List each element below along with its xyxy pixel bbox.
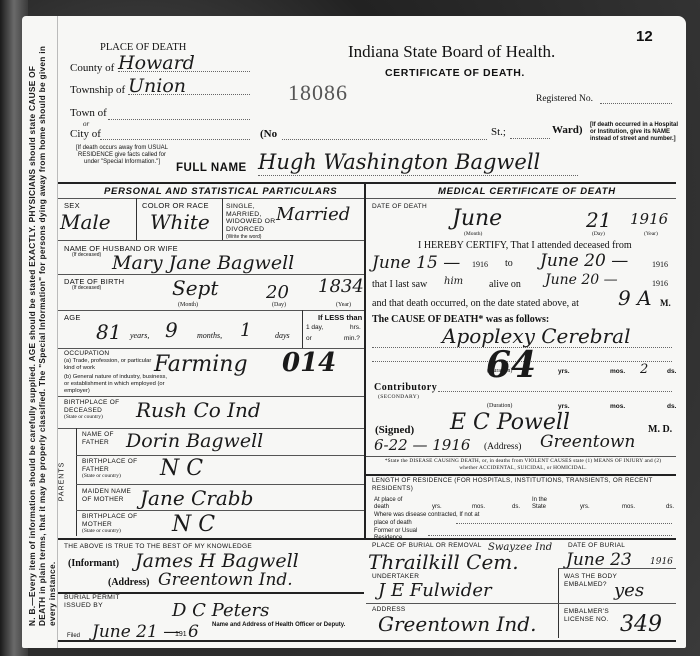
age-days-field[interactable]: 1 bbox=[240, 320, 251, 341]
at-place-yrs-label: yrs. bbox=[432, 504, 442, 510]
city-field[interactable] bbox=[100, 132, 250, 140]
street-label: St.; bbox=[491, 126, 506, 138]
instructions-margin: N. B.—Every item of information should b… bbox=[22, 16, 58, 648]
mother-name-field[interactable]: Jane Crabb bbox=[140, 486, 253, 510]
board-title: Indiana State Board of Health. bbox=[348, 42, 555, 62]
md-label: M. D. bbox=[648, 424, 672, 435]
informant-address-label: (Address) bbox=[108, 577, 149, 588]
alive-on-label: alive on bbox=[489, 279, 521, 290]
time-field[interactable]: 9 A bbox=[618, 286, 652, 310]
birth-month-field[interactable]: Sept bbox=[172, 276, 218, 300]
undertaker-address-field[interactable]: Greentown Ind. bbox=[378, 612, 536, 636]
in-state-yrs-label: yrs. bbox=[580, 504, 590, 510]
informant-statement: THE ABOVE IS TRUE TO THE BEST OF MY KNOW… bbox=[64, 543, 252, 550]
main-top-rule bbox=[58, 182, 676, 184]
occurred-text: and that death occurred, on the date sta… bbox=[372, 298, 579, 309]
contributory-ds-label: ds. bbox=[667, 403, 676, 410]
attended-to-field[interactable]: June 20 — bbox=[540, 251, 628, 271]
filed-date-field[interactable]: June 21 — bbox=[92, 622, 180, 642]
town-label: Town of bbox=[70, 107, 107, 119]
embalmed-field[interactable]: yes bbox=[614, 580, 644, 601]
birthplace-sub: (State or country) bbox=[64, 414, 103, 420]
attended-from-field[interactable]: June 15 — bbox=[372, 253, 460, 273]
page-number: 12 bbox=[636, 28, 653, 45]
last-saw-pronoun[interactable]: him bbox=[444, 276, 463, 287]
death-month-field[interactable]: June bbox=[452, 206, 502, 231]
cause-yrs-label: yrs. bbox=[558, 368, 570, 375]
death-day-field[interactable]: 21 bbox=[586, 208, 611, 232]
county-field[interactable]: Howard bbox=[118, 52, 250, 72]
former-residence-field[interactable] bbox=[428, 534, 672, 536]
residence-note: [If death occurs away from USUAL RESIDEN… bbox=[72, 145, 172, 166]
to-label: to bbox=[505, 258, 513, 269]
license-label: EMBALMER'S LICENSE No. bbox=[564, 608, 618, 623]
birth-day-field[interactable]: 20 bbox=[266, 282, 289, 303]
birthplace-field[interactable]: Rush Co Ind bbox=[136, 398, 261, 422]
full-name-field[interactable]: Hugh Washington Bagwell bbox=[258, 150, 578, 176]
father-name-field[interactable]: Dorin Bagwell bbox=[126, 430, 263, 452]
physician-address-label: (Address) bbox=[484, 442, 521, 452]
alive-on-field[interactable]: June 20 — bbox=[545, 272, 618, 288]
birth-month-label: (Month) bbox=[178, 302, 198, 308]
city-label: City of bbox=[70, 128, 101, 140]
occupation-label: OCCUPATION bbox=[64, 350, 109, 357]
bottom-rule bbox=[58, 640, 676, 642]
instructions-note: N. B.—Every item of information should b… bbox=[27, 36, 57, 626]
days-label: days bbox=[275, 331, 290, 340]
informant-field[interactable]: James H Bagwell bbox=[135, 550, 299, 572]
marital-field[interactable]: Married bbox=[276, 204, 350, 225]
street-field[interactable] bbox=[510, 131, 550, 139]
hospital-note: [If death occurred in a Hospital or Inst… bbox=[590, 122, 678, 143]
certify-text: I HEREBY CERTIFY, That I attended deceas… bbox=[418, 240, 632, 251]
burial-year-field[interactable]: 1916 bbox=[650, 557, 673, 567]
contributory-label: Contributory bbox=[374, 382, 437, 393]
hrs-label: hrs. bbox=[350, 324, 361, 331]
medical-heading: MEDICAL CERTIFICATE OF DEATH bbox=[438, 186, 616, 197]
registered-no-label: Registered No. bbox=[536, 94, 593, 104]
occupation-a-label: (a) Trade, profession, or particular kin… bbox=[64, 358, 156, 372]
age-months-field[interactable]: 9 bbox=[165, 318, 178, 342]
death-date-label: DATE OF DEATH bbox=[372, 203, 427, 210]
in-state-label: In the State bbox=[532, 497, 556, 511]
burial-date-field[interactable]: June 23 bbox=[566, 550, 632, 570]
mother-birthplace-field[interactable]: N C bbox=[172, 512, 215, 537]
race-label: COLOR OR RACE bbox=[142, 201, 209, 210]
last-saw-label: that I last saw bbox=[372, 279, 427, 290]
spouse-field[interactable]: Mary Jane Bagwell bbox=[112, 252, 294, 274]
age-label: AGE bbox=[64, 313, 81, 322]
filed-year-field[interactable]: 6 bbox=[188, 622, 199, 642]
death-day-label: (Day) bbox=[592, 231, 605, 237]
mother-birthplace-label: BIRTHPLACE OF MOTHER bbox=[82, 513, 144, 528]
mother-name-label: MAIDEN NAME OF MOTHER bbox=[82, 488, 142, 503]
one-day-label: 1 day, bbox=[306, 324, 323, 331]
contributory-field[interactable] bbox=[438, 386, 672, 392]
former-residence-label: Former or Usual Residence bbox=[374, 528, 434, 542]
township-field[interactable]: Union bbox=[128, 75, 250, 95]
burial-permit-field[interactable]: D C Peters bbox=[172, 600, 269, 621]
cause-duration-yrs-field[interactable]: 64 bbox=[486, 344, 536, 386]
birth-year-label: (Year) bbox=[336, 302, 351, 308]
registered-no-field[interactable] bbox=[600, 98, 672, 104]
father-birthplace-sub: (State or country) bbox=[82, 473, 121, 479]
in-state-mos-label: mos. bbox=[622, 504, 635, 510]
months-label: months, bbox=[197, 331, 222, 340]
license-field[interactable]: 349 bbox=[620, 612, 662, 637]
m-label: M. bbox=[660, 298, 671, 308]
sex-field[interactable]: Male bbox=[60, 210, 111, 234]
personal-heading: PERSONAL AND STATISTICAL PARTICULARS bbox=[104, 186, 337, 197]
at-place-mos-label: mos. bbox=[472, 504, 485, 510]
contributory-sub: (SECONDARY) bbox=[378, 394, 419, 400]
attended-to-year: 1916 bbox=[652, 260, 668, 269]
cause-ds-label: ds. bbox=[667, 368, 676, 375]
contracted-field[interactable] bbox=[456, 520, 672, 524]
filed-year-prefix: 191 bbox=[175, 631, 187, 638]
cause-duration-ds-field[interactable]: 2 bbox=[640, 362, 648, 377]
in-state-ds-label: ds. bbox=[666, 504, 674, 510]
full-name-label: FULL NAME bbox=[176, 162, 247, 174]
street-no-label: (No bbox=[260, 128, 277, 140]
burial-date-label: DATE OF BURIAL bbox=[568, 542, 625, 549]
residence-heading: LENGTH OF RESIDENCE (FOR HOSPITALS, INST… bbox=[372, 477, 672, 493]
signed-date-field[interactable]: 6-22 — 1916 bbox=[374, 436, 470, 454]
burial-place-extra[interactable]: Swayzee Ind bbox=[488, 542, 552, 553]
alive-on-year: 1916 bbox=[652, 279, 668, 288]
age-years-field[interactable]: 81 bbox=[96, 320, 121, 344]
contributory-duration-label: (Duration) bbox=[487, 403, 512, 409]
birth-day-label: (Day) bbox=[272, 302, 286, 308]
sex-label: SEX bbox=[64, 201, 80, 210]
contributory-yrs-label: yrs. bbox=[558, 403, 570, 410]
father-birthplace-field[interactable]: N C bbox=[160, 456, 203, 481]
death-month-label: (Month) bbox=[464, 231, 482, 237]
cause-mos-label: mos. bbox=[610, 368, 625, 375]
signed-label: (Signed) bbox=[375, 424, 414, 436]
death-year-field[interactable]: 1916 bbox=[630, 210, 668, 228]
less-than-label: If LESS than bbox=[318, 313, 362, 322]
occupation-code: 014 bbox=[282, 348, 336, 378]
occupation-b-label: (b) General nature of industry, business… bbox=[64, 374, 172, 395]
street-no-field[interactable] bbox=[282, 132, 487, 140]
parents-label: PARENTS bbox=[58, 462, 65, 502]
or-label: or bbox=[83, 120, 89, 128]
informant-address-field[interactable]: Greentown Ind. bbox=[158, 570, 293, 590]
birthplace-label: BIRTHPLACE OF DECEASED bbox=[64, 399, 134, 414]
undertaker-field[interactable]: J E Fulwider bbox=[378, 580, 492, 601]
years-label: years, bbox=[130, 331, 149, 340]
father-name-label: NAME OF FATHER bbox=[82, 431, 128, 446]
burial-place-label: PLACE OF BURIAL OR REMOVAL bbox=[372, 542, 482, 549]
birth-year-field[interactable]: 1834 bbox=[318, 276, 364, 297]
birth-date-sub: (If deceased) bbox=[72, 285, 101, 291]
contributory-mos-label: mos. bbox=[610, 403, 625, 410]
lower-rule bbox=[58, 538, 676, 540]
attended-from-year: 1916 bbox=[472, 260, 488, 269]
spouse-sub: (If deceased) bbox=[72, 252, 101, 258]
town-field[interactable] bbox=[108, 112, 250, 120]
cause-footnote: *State the DISEASE CAUSING DEATH, or, in… bbox=[378, 458, 668, 471]
physician-address-field[interactable]: Greentown bbox=[540, 432, 635, 452]
certificate-number: 18086 bbox=[288, 80, 348, 106]
occupation-field[interactable]: Farming bbox=[154, 352, 248, 377]
at-place-label: At place of death bbox=[374, 497, 414, 511]
race-field[interactable]: White bbox=[150, 210, 210, 234]
burial-place-field[interactable]: Thrailkill Cem. bbox=[368, 550, 519, 574]
father-birthplace-label: BIRTHPLACE OF FATHER bbox=[82, 458, 144, 473]
burial-permit-label: BURIAL PERMIT ISSUED BY bbox=[64, 594, 144, 610]
ward-label: Ward) bbox=[552, 124, 583, 136]
certificate-title: CERTIFICATE OF DEATH. bbox=[385, 67, 525, 79]
at-place-ds-label: ds. bbox=[512, 504, 520, 510]
mother-birthplace-sub: (State or country) bbox=[82, 528, 121, 534]
county-label: County of bbox=[70, 62, 114, 74]
informant-label: (Informant) bbox=[68, 558, 119, 569]
township-label: Township of bbox=[70, 84, 125, 96]
health-officer-note: Name and Address of Health Officer or De… bbox=[212, 622, 362, 628]
or-less-label: or bbox=[306, 335, 312, 342]
filed-label: Filed bbox=[67, 633, 80, 639]
min-label: min.? bbox=[344, 335, 360, 342]
undertaker-label: UNDERTAKER bbox=[372, 573, 419, 580]
death-year-label: (Year) bbox=[644, 231, 658, 237]
column-divider bbox=[364, 182, 366, 538]
